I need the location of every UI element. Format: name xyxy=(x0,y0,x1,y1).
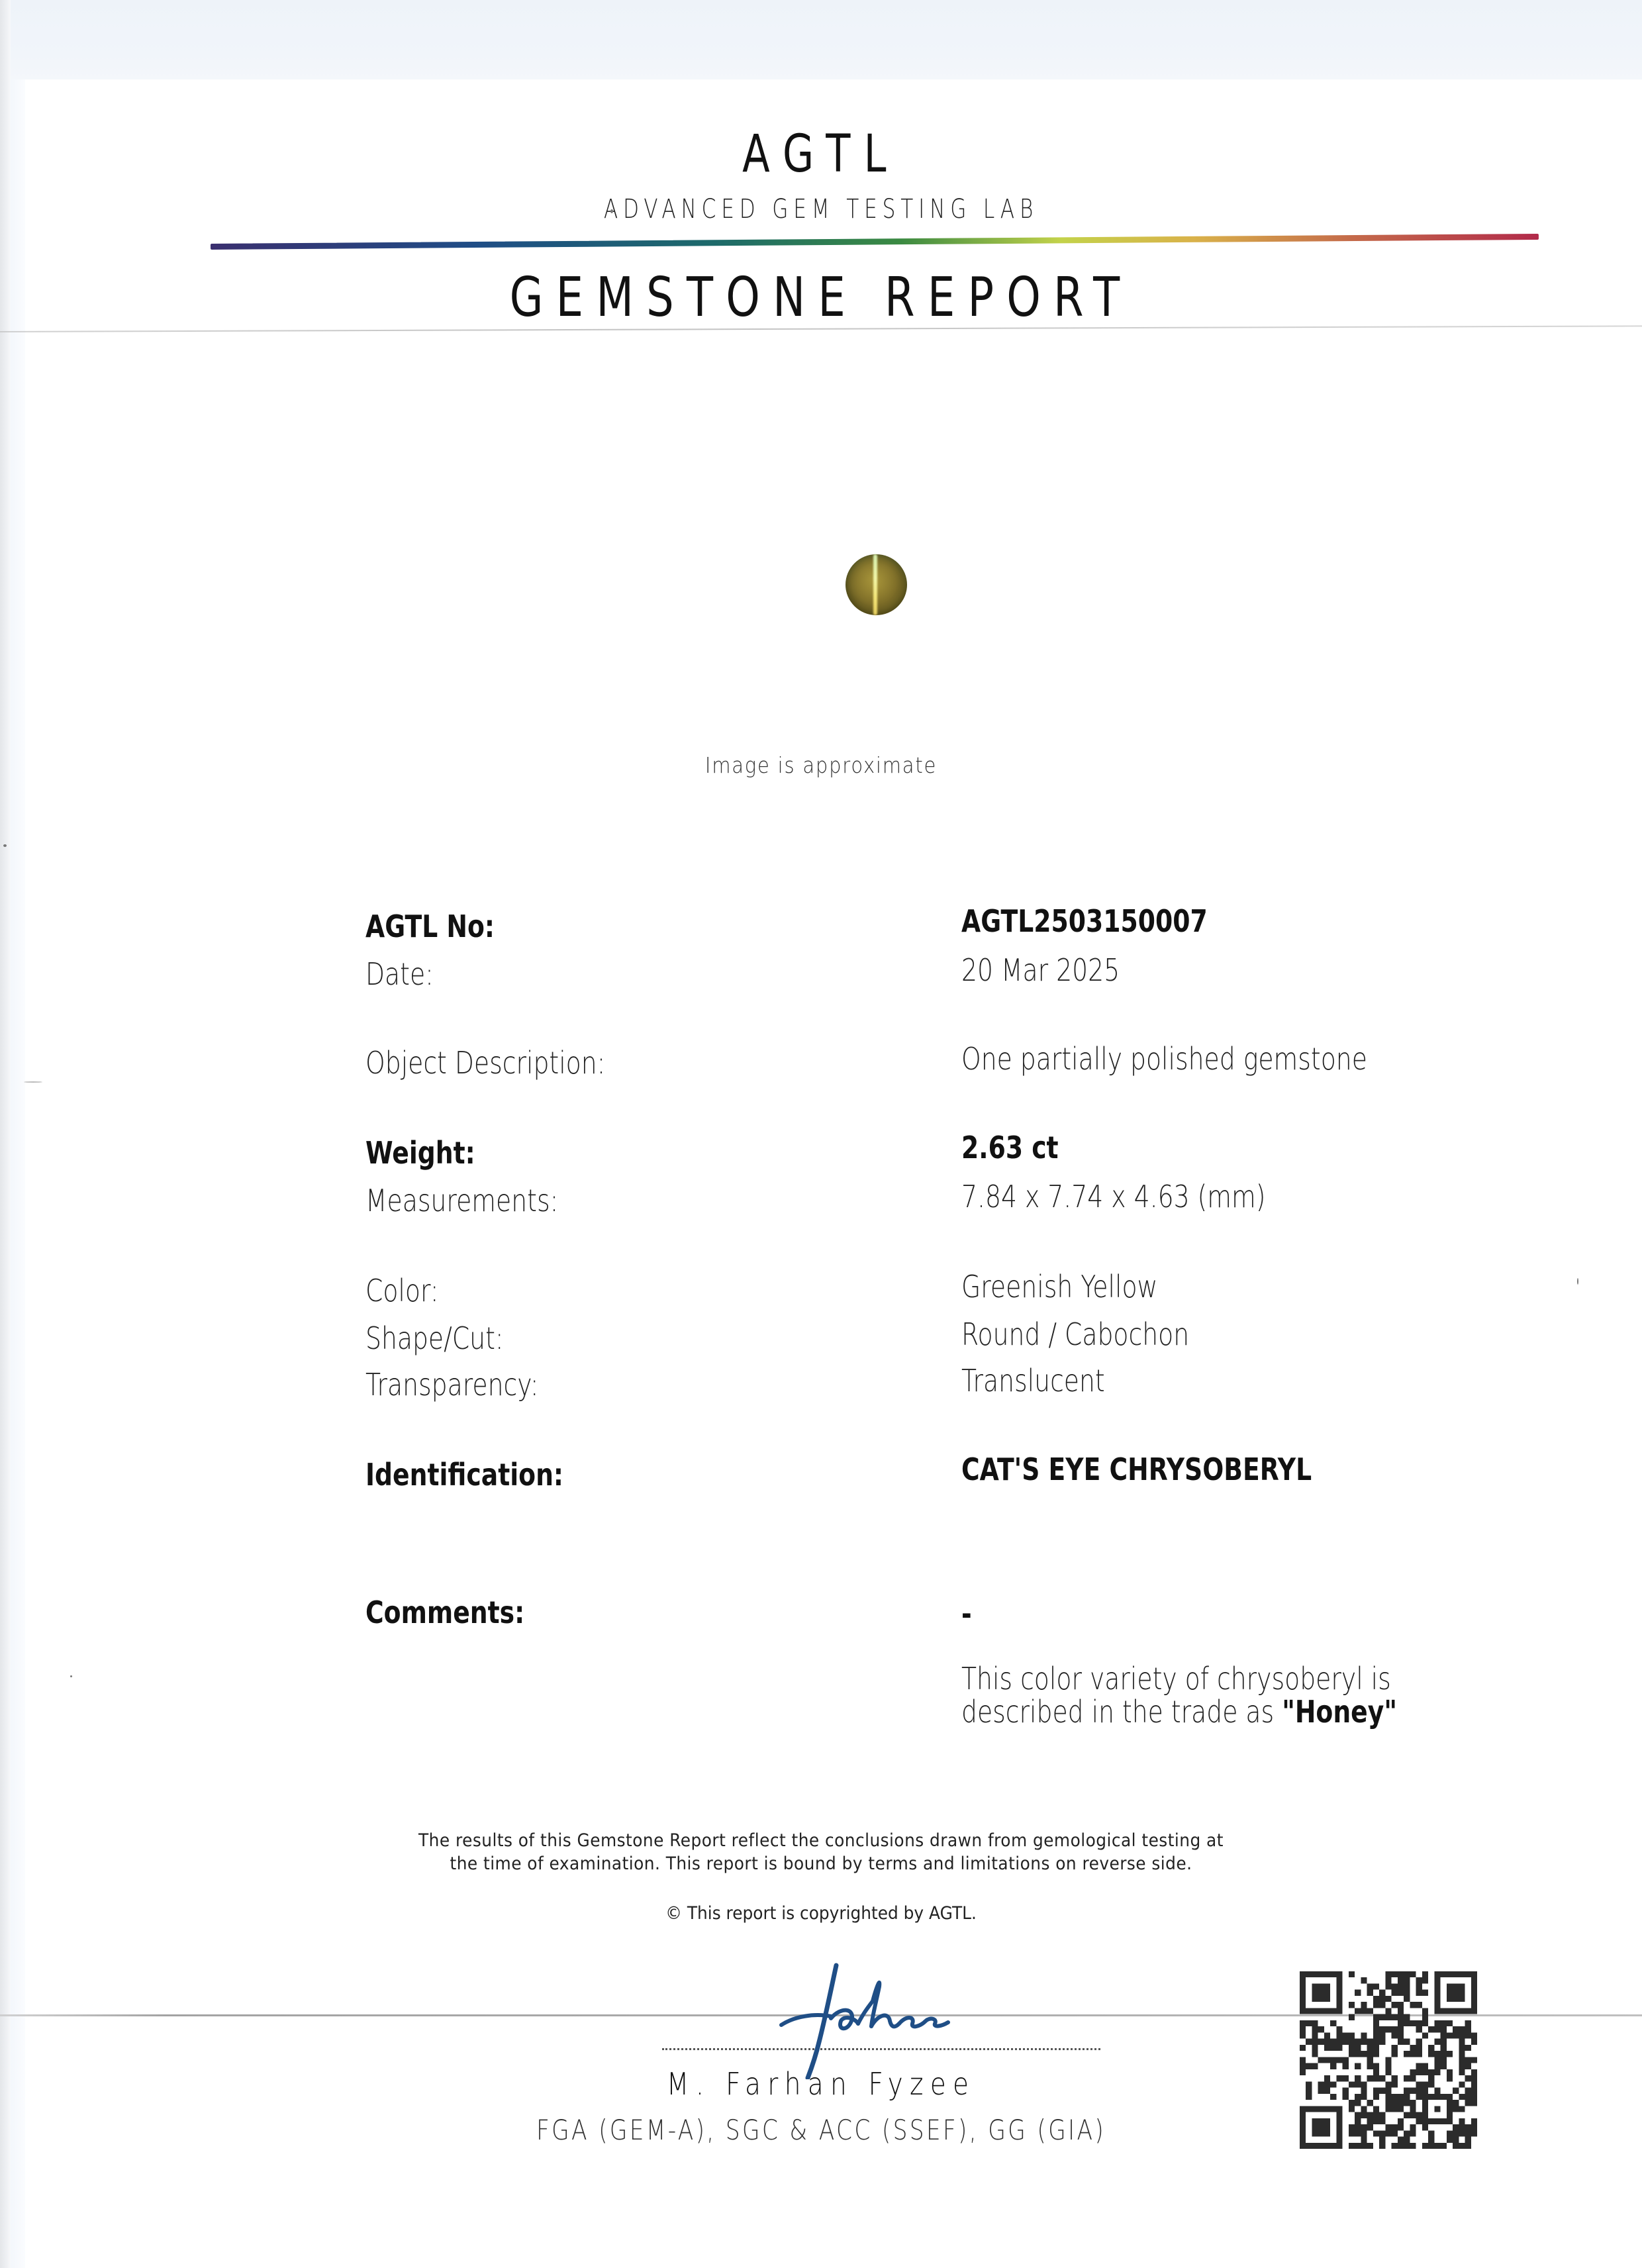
copyright-notice: © This report is copyrighted by AGTL. xyxy=(66,1903,1576,1924)
measurements-value: 7.84 x 7.74 x 4.63 (mm) xyxy=(961,1179,1265,1214)
qr-code-icon[interactable] xyxy=(1300,1971,1477,2149)
agtl-no-value: AGTL2503150007 xyxy=(961,903,1208,939)
color-label: Color: xyxy=(365,1273,439,1308)
weight-value: 2.63 ct xyxy=(961,1130,1059,1165)
scan-shadow-left xyxy=(0,0,11,2268)
comments-note-line2: described in the trade as "Honey" xyxy=(961,1694,1397,1730)
date-label: Date: xyxy=(365,956,434,992)
disclaimer-line-1: The results of this Gemstone Report refl… xyxy=(66,1829,1576,1853)
shape-cut-label: Shape/Cut: xyxy=(365,1320,504,1356)
transparency-label: Transparency: xyxy=(365,1367,539,1403)
lab-name: ADVANCED GEM TESTING LAB xyxy=(181,194,1461,224)
signer-credentials: FGA (GEM-A), SGC & ACC (SSEF), GG (GIA) xyxy=(148,2114,1494,2146)
comments-note-line1: This color variety of chrysoberyl is xyxy=(961,1661,1391,1697)
scan-shadow-top xyxy=(0,0,1642,79)
transparency-value: Translucent xyxy=(961,1363,1105,1399)
comments-label: Comments: xyxy=(365,1595,524,1630)
date-value: 20 Mar 2025 xyxy=(961,952,1120,988)
scan-mark xyxy=(24,1081,42,1083)
object-description-value: One partially polished gemstone xyxy=(961,1041,1367,1077)
cats-eye-cabochon-icon xyxy=(873,554,877,615)
gemstone-image xyxy=(845,554,907,615)
comments-value: - xyxy=(961,1596,972,1632)
scan-speck xyxy=(1577,1278,1578,1285)
agtl-no-label: AGTL No: xyxy=(365,909,495,944)
color-value: Greenish Yellow xyxy=(961,1269,1157,1305)
image-caption: Image is approximate xyxy=(99,752,1543,778)
lab-logo: AGTL xyxy=(181,124,1461,184)
report-title: GEMSTONE REPORT xyxy=(164,266,1478,329)
object-description-label: Object Description: xyxy=(365,1045,605,1081)
trade-name-honey: "Honey" xyxy=(1282,1694,1397,1730)
shape-cut-value: Round / Cabochon xyxy=(961,1316,1189,1352)
identification-value: CAT'S EYE CHRYSOBERYL xyxy=(961,1452,1312,1487)
comments-note-prefix: described in the trade as xyxy=(961,1694,1282,1730)
disclaimer-line-2: the time of examination. This report is … xyxy=(66,1852,1576,1876)
measurements-label: Measurements: xyxy=(365,1183,558,1218)
spectrum-divider xyxy=(211,234,1539,250)
identification-label: Identification: xyxy=(365,1457,563,1493)
scan-speck xyxy=(610,209,613,213)
scan-speck xyxy=(3,844,7,847)
scan-speck xyxy=(70,1675,72,1677)
scan-shadow-left-tint xyxy=(11,79,25,2268)
signature-icon xyxy=(702,1960,980,2079)
weight-label: Weight: xyxy=(365,1135,475,1171)
